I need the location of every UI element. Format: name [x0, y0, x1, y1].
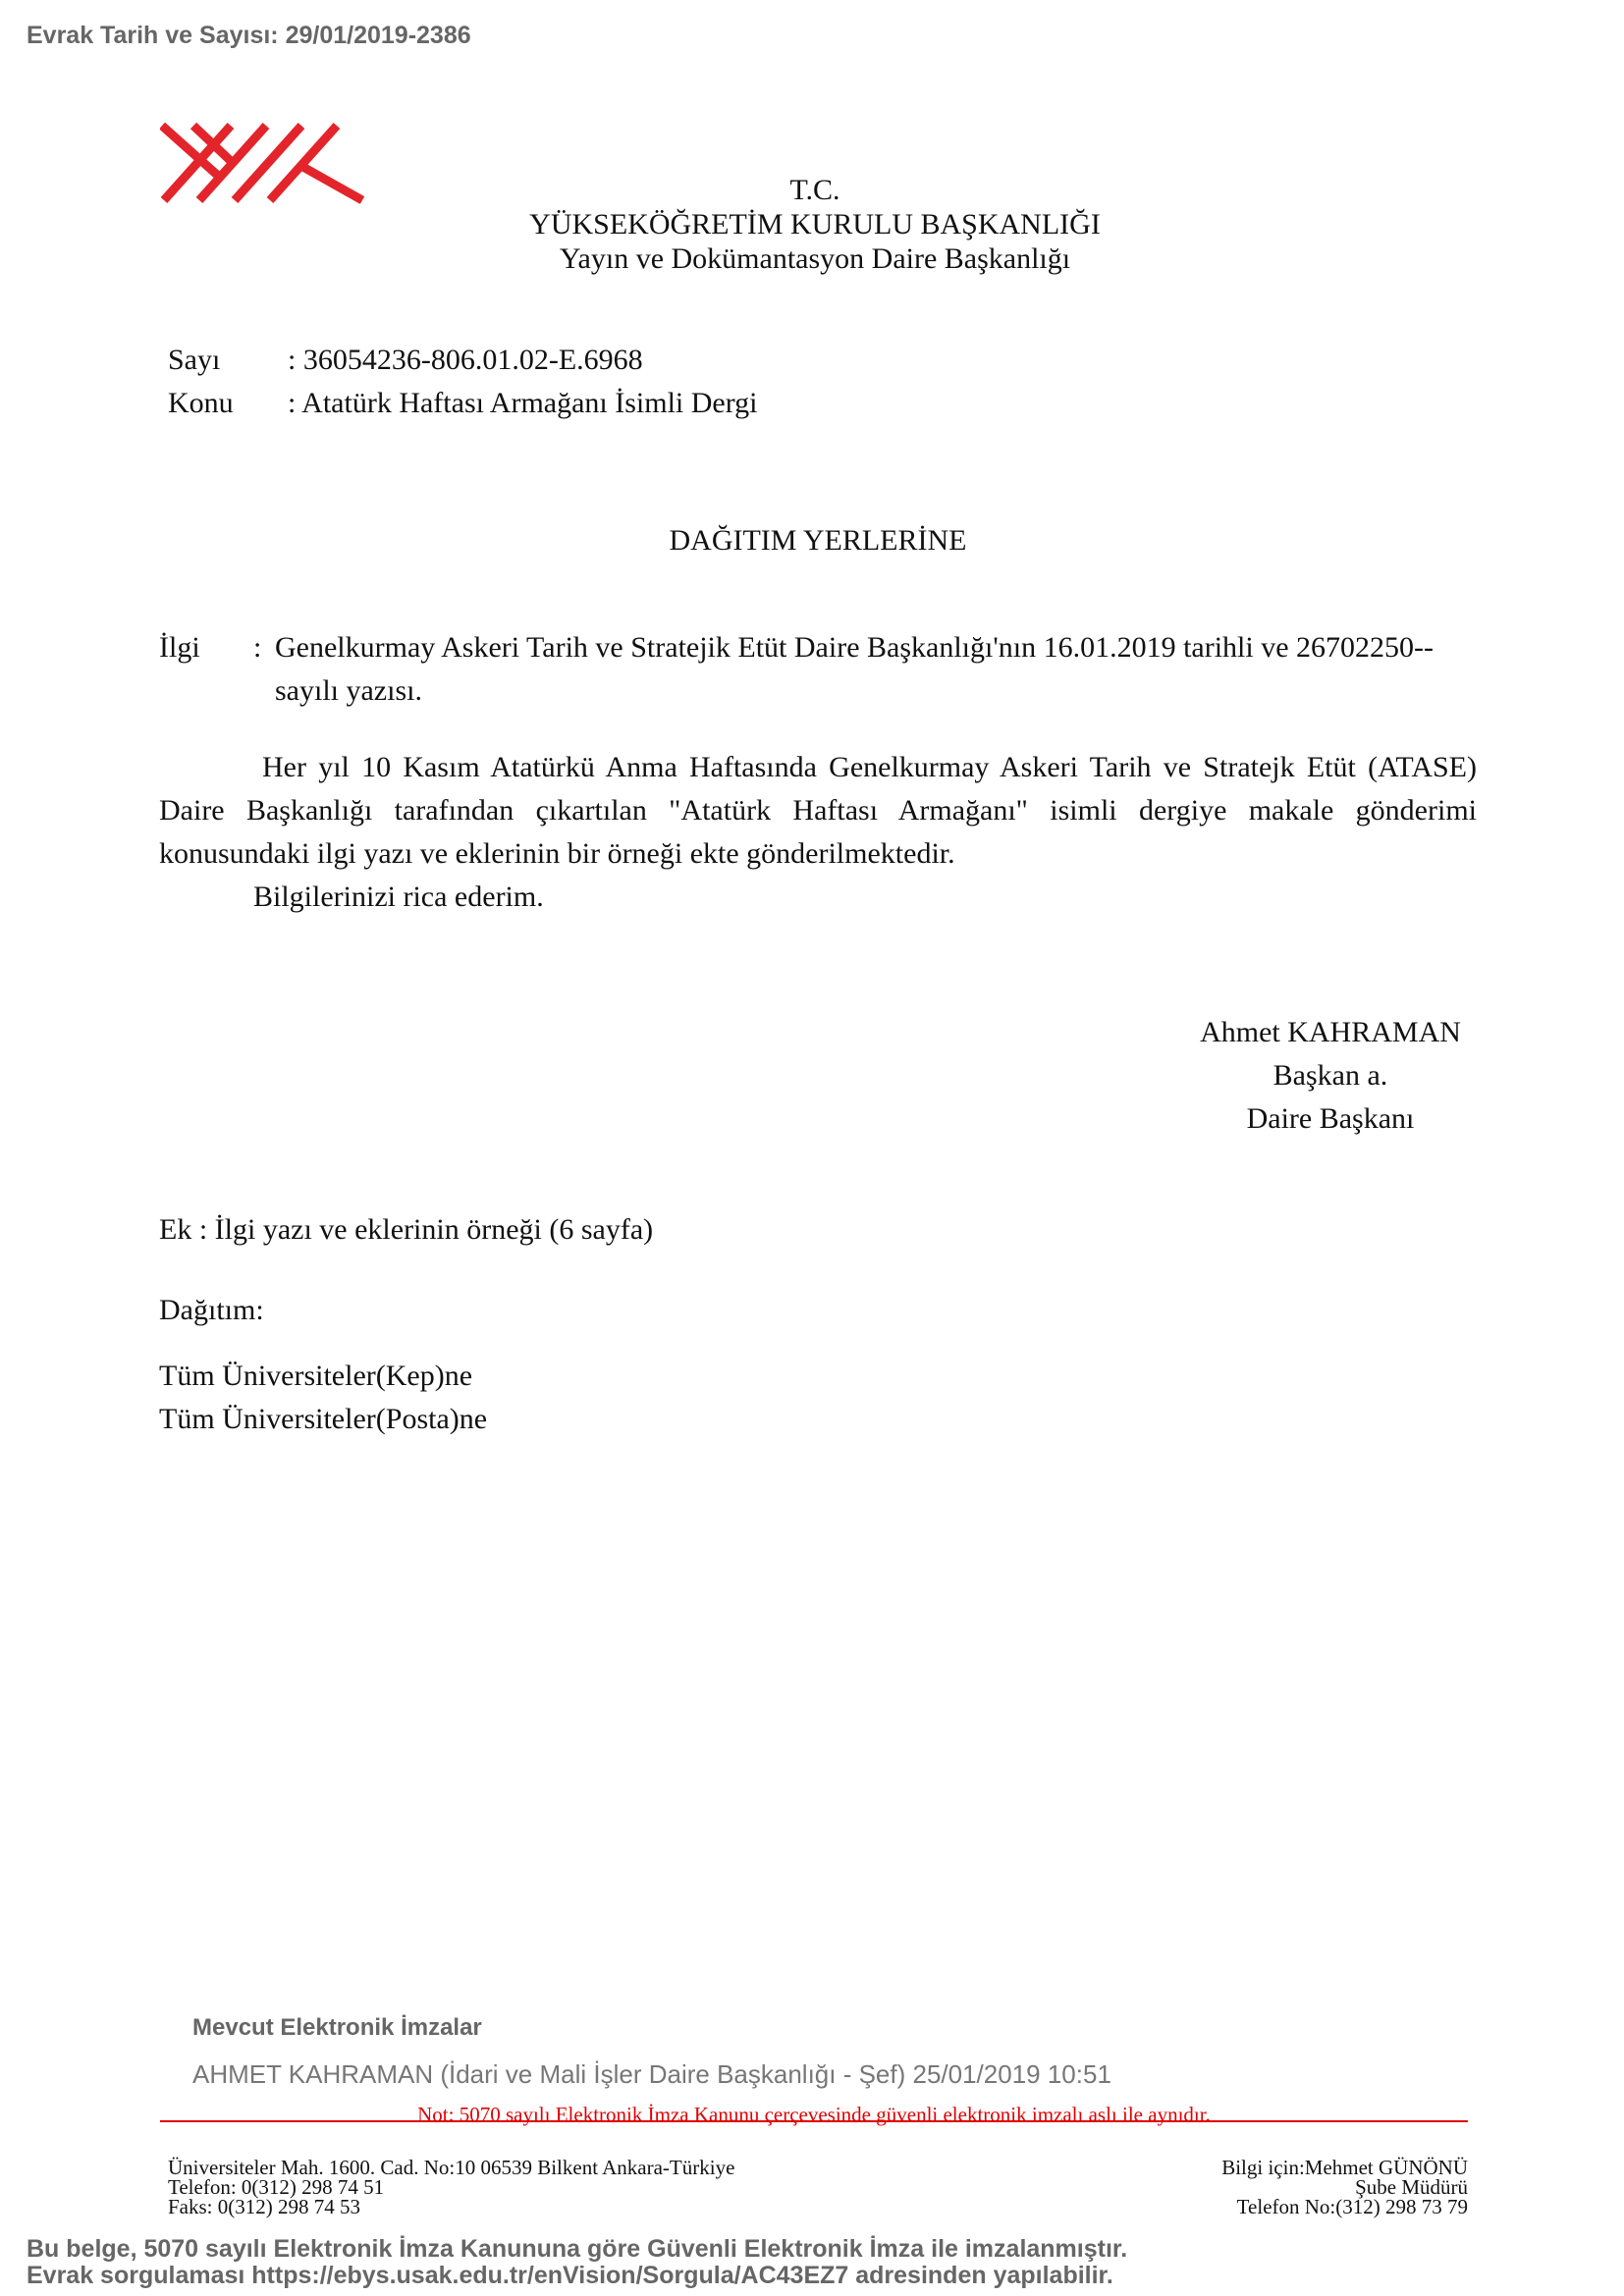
body-paragraph: Her yıl 10 Kasım Atatürkü Anma Haftasınd… — [159, 746, 1477, 876]
letter-body: Her yıl 10 Kasım Atatürkü Anma Haftasınd… — [159, 746, 1477, 919]
konu-row: Konu: Atatürk Haftası Armağanı İsimli De… — [168, 387, 758, 420]
footer-contact-title: Şube Müdürü — [1080, 2177, 1468, 2197]
verification-stamp: Bu belge, 5070 sayılı Elektronik İmza Ka… — [27, 2236, 1127, 2289]
reference-colon: : — [253, 626, 261, 669]
electronic-signature-entry: AHMET KAHRAMAN (İdari ve Mali İşler Dair… — [192, 2059, 1111, 2090]
attachment-line: Ek : İlgi yazı ve eklerinin örneği (6 sa… — [159, 1213, 653, 1247]
header-institution: YÜKSEKÖĞRETİM KURULU BAŞKANLIĞI — [452, 207, 1178, 241]
sayi-row: Sayı: 36054236-806.01.02-E.6968 — [168, 344, 643, 377]
footer-contact-block: Bilgi için:Mehmet GÜNÖNÜ Şube Müdürü Tel… — [1080, 2158, 1468, 2216]
recipient-text: DAĞITIM YERLERİNE — [669, 524, 966, 558]
footer-contact-phone: Telefon No:(312) 298 73 79 — [1080, 2197, 1468, 2216]
sayi-value: : 36054236-806.01.02-E.6968 — [288, 344, 643, 376]
verification-line-2: Evrak sorgulaması https://ebys.usak.edu.… — [27, 2263, 1127, 2289]
konu-value: : Atatürk Haftası Armağanı İsimli Dergi — [288, 387, 758, 419]
legal-note: Not: 5070 sayılı Elektronik İmza Kanunu … — [160, 2103, 1468, 2127]
signer-title-1: Başkan a. — [1173, 1054, 1488, 1097]
footer-fax: Faks: 0(312) 298 74 53 — [168, 2197, 734, 2216]
sayi-label: Sayı — [168, 344, 288, 377]
distribution-item: Tüm Üniversiteler(Posta)ne — [159, 1398, 487, 1441]
distribution-label: Dağıtım: — [159, 1294, 264, 1327]
distribution-list: Tüm Üniversiteler(Kep)ne Tüm Üniversitel… — [159, 1355, 487, 1441]
footer-divider — [160, 2120, 1468, 2122]
yok-logo-icon — [160, 122, 378, 204]
footer-address: Üniversiteler Mah. 1600. Cad. No:10 0653… — [168, 2158, 734, 2177]
signature-block: Ahmet KAHRAMAN Başkan a. Daire Başkanı — [1173, 1011, 1488, 1141]
reference-label: İlgi — [159, 626, 200, 669]
signer-title-2: Daire Başkanı — [1173, 1097, 1488, 1141]
signer-name: Ahmet KAHRAMAN — [1173, 1011, 1488, 1054]
verification-line-1: Bu belge, 5070 sayılı Elektronik İmza Ka… — [27, 2236, 1127, 2263]
electronic-signatures-title: Mevcut Elektronik İmzalar — [192, 2014, 482, 2042]
recipient-heading: DAĞITIM YERLERİNE — [0, 524, 1624, 558]
reference-block: İlgi : Genelkurmay Askeri Tarih ve Strat… — [159, 626, 1485, 713]
document-date-number-stamp: Evrak Tarih ve Sayısı: 29/01/2019-2386 — [27, 22, 471, 50]
footer-contact-person: Bilgi için:Mehmet GÜNÖNÜ — [1080, 2158, 1468, 2177]
footer-address-block: Üniversiteler Mah. 1600. Cad. No:10 0653… — [168, 2158, 734, 2216]
closing-paragraph: Bilgilerinizi rica ederim. — [159, 876, 1477, 919]
header-tc: T.C. — [452, 173, 1178, 207]
reference-text: Genelkurmay Askeri Tarih ve Stratejik Et… — [275, 626, 1485, 713]
footer-phone: Telefon: 0(312) 298 74 51 — [168, 2177, 734, 2197]
konu-label: Konu — [168, 387, 288, 420]
distribution-item: Tüm Üniversiteler(Kep)ne — [159, 1355, 487, 1398]
header-department: Yayın ve Dokümantasyon Daire Başkanlığı — [452, 241, 1178, 276]
letterhead: T.C. YÜKSEKÖĞRETİM KURULU BAŞKANLIĞI Yay… — [452, 173, 1178, 276]
